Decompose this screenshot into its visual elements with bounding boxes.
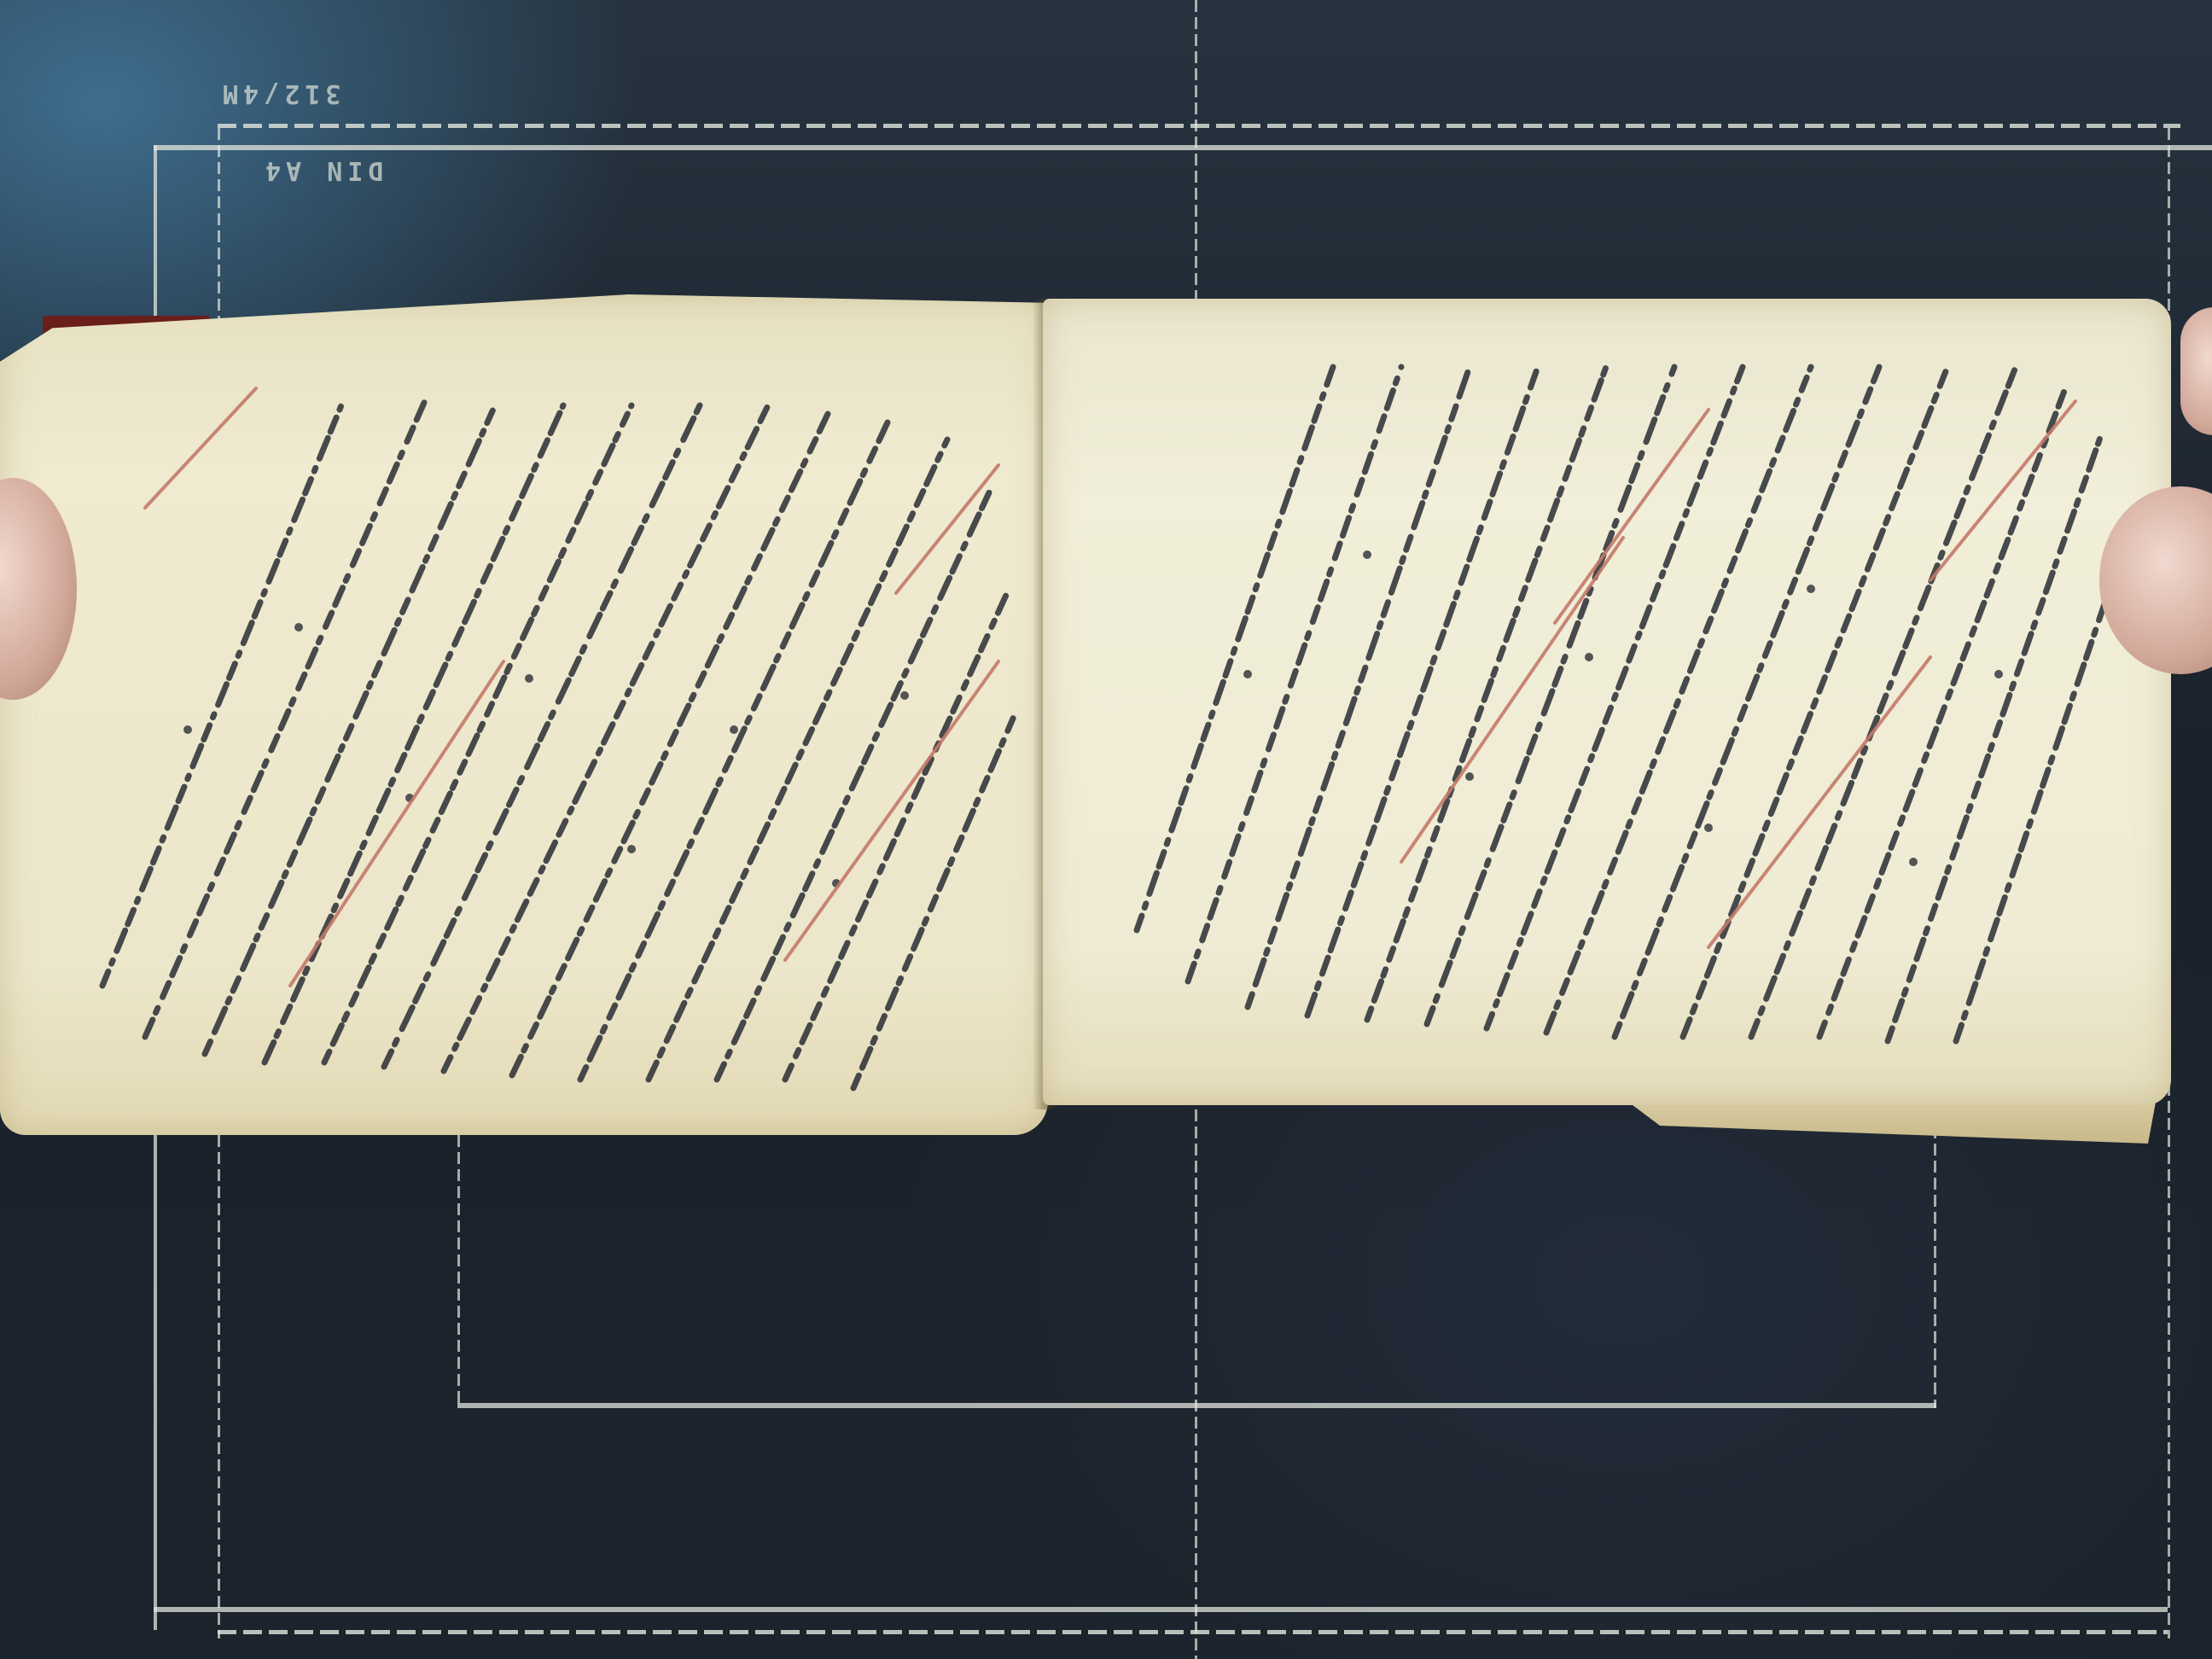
mat-grid-line: [218, 124, 2180, 128]
left-page: [0, 294, 1048, 1135]
mat-grid-line: [1934, 1109, 1936, 1408]
mat-label-size-code: 312/4M: [218, 79, 341, 108]
right-page-handwriting: [1111, 333, 2118, 1067]
red-rule-line: [1708, 657, 1930, 947]
mat-grid-line: [218, 1630, 2168, 1634]
mat-grid-line: [154, 145, 2212, 150]
handwriting-lines-icon: [1111, 333, 2118, 1067]
mat-label-din-a4: DIN A4: [260, 155, 383, 185]
mat-grid-line: [457, 1135, 460, 1408]
red-rule-line: [290, 661, 504, 986]
handwriting-lines-icon: [85, 371, 1024, 1105]
red-rule-line: [145, 388, 256, 508]
right-page: [1043, 299, 2171, 1105]
mat-grid-line: [154, 1607, 2168, 1612]
left-page-handwriting: [85, 371, 1024, 1105]
red-rule-line: [896, 465, 998, 593]
red-rule-line: [1401, 538, 1623, 862]
mat-grid-line: [457, 1403, 1936, 1408]
right-finger: [2180, 307, 2212, 435]
